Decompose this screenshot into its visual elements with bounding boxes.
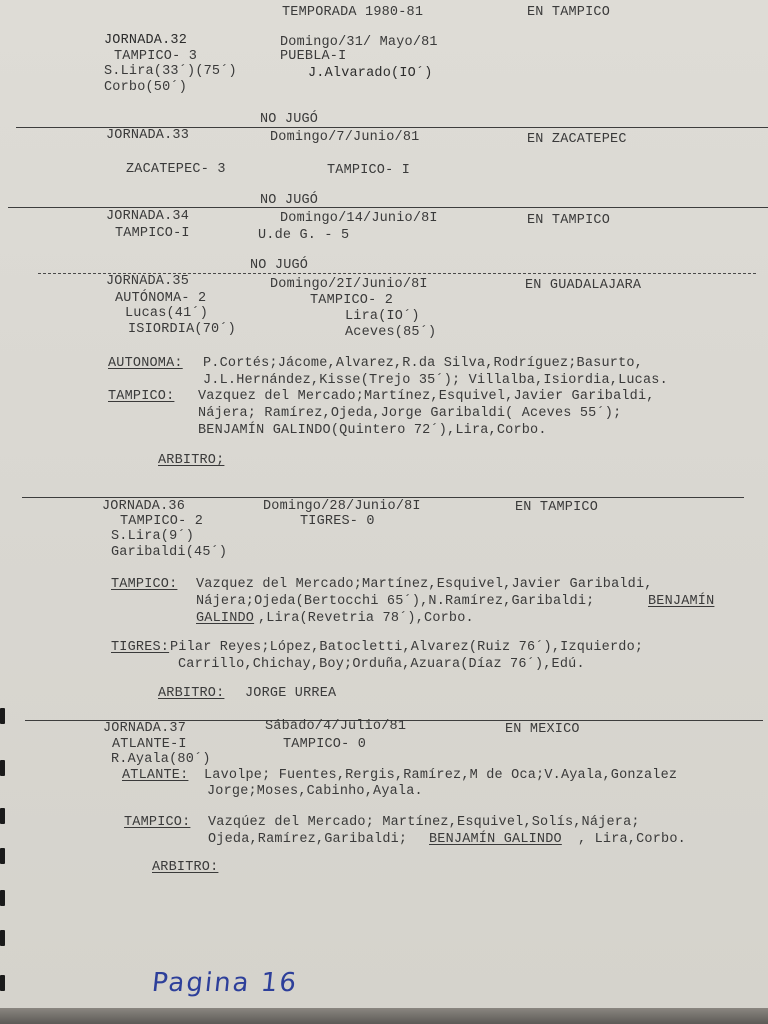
highlighted-player: BENJAMÍN GALINDO [429, 832, 562, 847]
away-scorer: J.Alvarado(IO´) [308, 66, 433, 81]
match-date: Domingo/7/Junio/81 [270, 130, 419, 145]
lineup-line: BENJAMÍN GALINDO(Quintero 72´),Lira,Corb… [198, 423, 547, 438]
home-scorer: R.Ayala(80´) [111, 752, 211, 767]
handwritten-page-number: Pagina 16 [150, 968, 299, 998]
binding-hole [0, 760, 5, 776]
lineup-line: Ojeda,Ramírez,Garibaldi; [208, 832, 407, 847]
match-date: Domingo/14/Junio/8I [280, 211, 438, 226]
no-play-note: NO JUGÓ [260, 193, 318, 208]
home-scorer: ISIORDIA(70´) [128, 322, 236, 337]
season-title: TEMPORADA 1980-81 [282, 5, 423, 20]
home-scorer: Lucas(41´) [125, 306, 208, 321]
jornada-number: JORNADA.37 [103, 721, 186, 736]
lineup-team-label: TIGRES: [111, 640, 169, 655]
jornada-number: JORNADA.36 [102, 499, 185, 514]
page-shadow-edge [0, 1008, 768, 1024]
lineup-line: ,Lira(Revetria 78´),Corbo. [258, 611, 474, 626]
home-team-score: TAMPICO- 3 [114, 49, 197, 64]
away-scorer: Lira(IO´) [345, 309, 420, 324]
header-venue: EN TAMPICO [527, 5, 610, 20]
home-team-score: TAMPICO- 2 [120, 514, 203, 529]
binding-hole [0, 890, 5, 906]
away-team-score: TAMPICO- 2 [310, 293, 393, 308]
home-scorer: Garibaldi(45´) [111, 545, 227, 560]
lineup-line: Lavolpe; Fuentes,Rergis,Ramírez,M de Oca… [204, 768, 677, 783]
referee-name: JORGE URREA [245, 686, 336, 701]
lineup-line: Vazquez del Mercado;Martínez,Esquivel,Ja… [198, 389, 655, 404]
section-divider [22, 497, 744, 498]
binding-hole [0, 808, 5, 824]
binding-hole [0, 848, 5, 864]
match-date: Domingo/28/Junio/8I [263, 499, 421, 514]
binding-hole [0, 708, 5, 724]
lineup-line: Carrillo,Chichay,Boy;Orduña,Azuara(Díaz … [178, 657, 585, 672]
away-team-score: U.de G. - 5 [258, 228, 349, 243]
match-date: Domingo/2I/Junio/8I [270, 277, 428, 292]
match-date: Domingo/31/ Mayo/81 [280, 35, 438, 50]
section-divider [8, 207, 768, 208]
highlighted-player: GALINDO [196, 611, 254, 626]
no-play-note: NO JUGÓ [260, 112, 318, 127]
no-play-note: NO JUGÓ [250, 258, 308, 273]
jornada-number: JORNADA.32 [104, 33, 187, 48]
lineup-line: P.Cortés;Jácome,Alvarez,R.da Silva,Rodrí… [203, 356, 643, 371]
match-venue: EN ZACATEPEC [527, 132, 627, 147]
lineup-team-label: TAMPICO: [108, 389, 174, 404]
lineup-line: Nájera;Ojeda(Bertocchi 65´),N.Ramírez,Ga… [196, 594, 594, 609]
binding-hole [0, 930, 5, 946]
lineup-team-label: TAMPICO: [111, 577, 177, 592]
home-team-score: ATLANTE-I [112, 737, 187, 752]
lineup-line: Vazquez del Mercado;Martínez,Esquivel,Ja… [196, 577, 653, 592]
home-team-score: ZACATEPEC- 3 [126, 162, 226, 177]
referee-label: ARBITRO: [158, 686, 224, 701]
jornada-number: JORNADA.33 [106, 128, 189, 143]
referee-label: ARBITRO: [152, 860, 218, 875]
match-date: Sábado/4/Julio/81 [265, 719, 406, 734]
referee-label: ARBITRO; [158, 453, 224, 468]
jornada-number: JORNADA.34 [106, 209, 189, 224]
lineup-team-label: ATLANTE: [122, 768, 188, 783]
match-venue: EN GUADALAJARA [525, 278, 641, 293]
away-scorer: Aceves(85´) [345, 325, 436, 340]
binding-hole [0, 975, 5, 991]
lineup-line: Pilar Reyes;López,Batocletti,Alvarez(Rui… [170, 640, 643, 655]
home-scorer: S.Lira(33´)(75´) [104, 64, 237, 79]
typewritten-page: TEMPORADA 1980-81 EN TAMPICO JORNADA.32 … [0, 0, 768, 1008]
home-team-score: AUTÓNOMA- 2 [115, 291, 206, 306]
away-team-score: PUEBLA-I [280, 49, 346, 64]
away-team-score: TIGRES- 0 [300, 514, 375, 529]
match-venue: EN MEXICO [505, 722, 580, 737]
lineup-line: Nájera; Ramírez,Ojeda,Jorge Garibaldi( A… [198, 406, 621, 421]
home-scorer: Corbo(50´) [104, 80, 187, 95]
match-venue: EN TAMPICO [515, 500, 598, 515]
lineup-line: Jorge;Moses,Cabinho,Ayala. [207, 784, 423, 799]
lineup-line: , Lira,Corbo. [578, 832, 686, 847]
lineup-team-label: TAMPICO: [124, 815, 190, 830]
home-scorer: S.Lira(9´) [111, 529, 194, 544]
lineup-line: Vazqúez del Mercado; Martínez,Esquivel,S… [208, 815, 640, 830]
lineup-team-label: AUTONOMA: [108, 356, 183, 371]
home-team-score: TAMPICO-I [115, 226, 190, 241]
lineup-line: J.L.Hernández,Kisse(Trejo 35´); Villalba… [203, 373, 668, 388]
away-team-score: TAMPICO- I [327, 163, 410, 178]
away-team-score: TAMPICO- 0 [283, 737, 366, 752]
jornada-number: JORNADA.35 [106, 274, 189, 289]
match-venue: EN TAMPICO [527, 213, 610, 228]
highlighted-player: BENJAMÍN [648, 594, 714, 609]
